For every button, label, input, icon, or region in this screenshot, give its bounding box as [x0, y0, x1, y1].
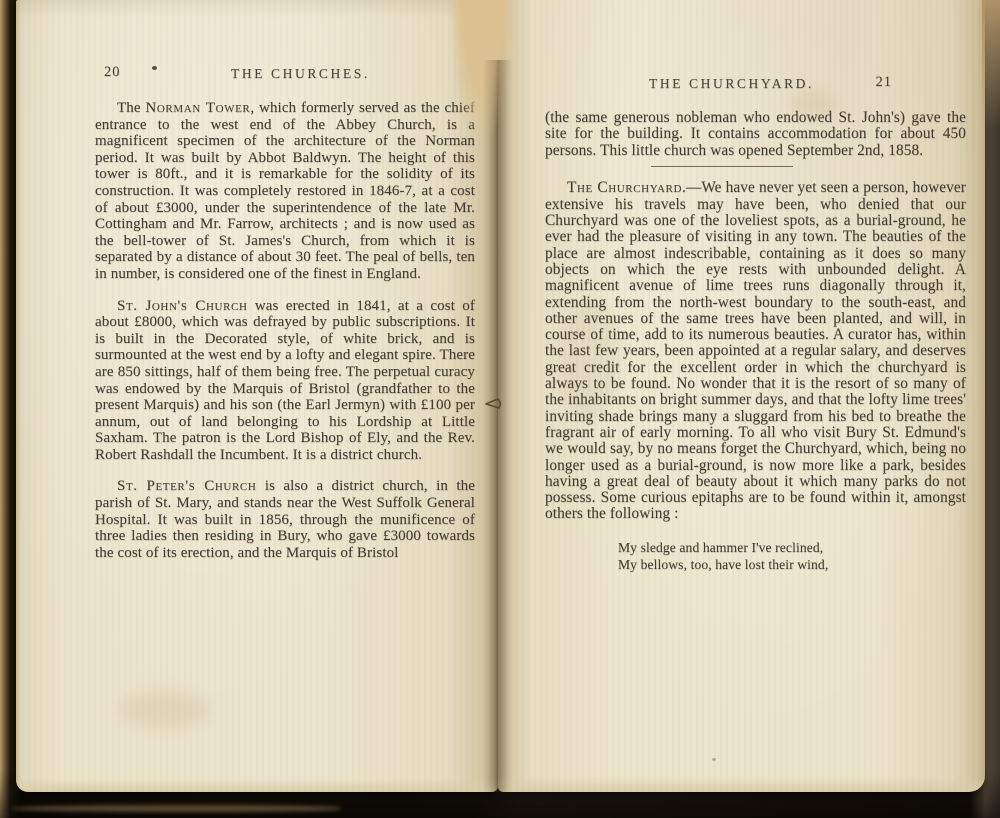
right-page-header: THE CHURCHYARD. 21: [545, 72, 966, 96]
right-page-text: THE CHURCHYARD. 21 (the same generous no…: [545, 72, 966, 574]
left-page: 20 THE CHURCHES. The Norman Tower, which…: [16, 0, 498, 792]
smallcaps-lead: Norman Tower: [145, 100, 250, 116]
paragraph-text: , which formerly served as the chief ent…: [95, 100, 475, 282]
paragraph-text: (the same generous nobleman who endowed …: [545, 109, 966, 159]
left-page-body: The Norman Tower, which formerly served …: [95, 100, 475, 561]
paragraph-text: The: [117, 100, 145, 116]
left-page-text: 20 THE CHURCHES. The Norman Tower, which…: [95, 62, 475, 561]
paragraph: The Churchyard.—We have never yet seen a…: [545, 180, 966, 522]
running-title-right: THE CHURCHYARD.: [649, 76, 814, 92]
epitaph-line: My bellows, too, have lost their wind,: [618, 556, 966, 574]
left-page-header: 20 THE CHURCHES.: [95, 62, 475, 86]
paragraph-text: .—We have never yet seen a person, howev…: [545, 179, 966, 522]
paragraph: (the same generous nobleman who endowed …: [545, 110, 966, 159]
epitaph-verse: My sledge and hammer I've reclined, My b…: [618, 539, 966, 574]
page-number-left: 20: [104, 64, 121, 81]
book-photograph: 20 THE CHURCHES. The Norman Tower, which…: [0, 0, 1000, 818]
paragraph-text: was erected in 1841, at a cost of about …: [95, 298, 475, 463]
right-page: THE CHURCHYARD. 21 (the same generous no…: [498, 0, 985, 792]
page-number-right: 21: [876, 74, 893, 90]
paragraph: St. Peter's Church is also a district ch…: [95, 478, 475, 561]
section-divider-rule: [651, 166, 793, 168]
smallcaps-lead: The Churchyard: [567, 179, 682, 196]
smallcaps-lead: St. Peter's Church: [117, 478, 256, 494]
churchyard-section: The Churchyard.—We have never yet seen a…: [545, 180, 966, 522]
smallcaps-lead: St. John's Church: [117, 298, 248, 314]
page-stack-bottom-edge: [10, 805, 340, 812]
right-page-intro: (the same generous nobleman who endowed …: [545, 110, 966, 159]
epitaph-line: My sledge and hammer I've reclined,: [618, 539, 966, 557]
paragraph: The Norman Tower, which formerly served …: [95, 100, 475, 283]
running-title-left: THE CHURCHES.: [231, 66, 370, 83]
paragraph: St. John's Church was erected in 1841, a…: [95, 298, 475, 464]
